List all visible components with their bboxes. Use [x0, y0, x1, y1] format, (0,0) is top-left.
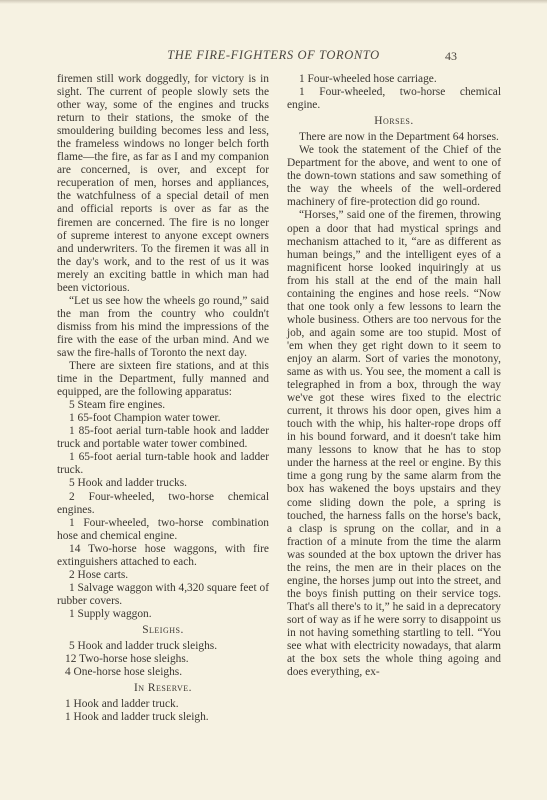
paragraph: We took the statement of the Chief of th… [287, 144, 501, 209]
apparatus-item: 1 Four-wheeled, two-horse chemical engin… [287, 86, 501, 112]
left-column: firemen still work doggedly, for victory… [57, 73, 269, 724]
apparatus-item: 5 Steam fire engines. [57, 399, 269, 412]
apparatus-item: 1 Supply waggon. [57, 608, 269, 621]
apparatus-item: 14 Two-horse hose waggons, with fire ext… [57, 543, 269, 569]
paragraph: firemen still work doggedly, for victory… [57, 73, 269, 295]
apparatus-item: 1 65-foot Champion water tower. [57, 412, 269, 425]
page-number: 43 [445, 49, 457, 64]
apparatus-item: 1 Four-wheeled hose carriage. [287, 73, 501, 86]
apparatus-item: 1 Salvage waggon with 4,320 square feet … [57, 582, 269, 608]
apparatus-item: 5 Hook and ladder trucks. [57, 477, 269, 490]
section-heading-sleighs: Sleighs. [57, 624, 269, 637]
running-head: THE FIRE-FIGHTERS OF TORONTO 43 [0, 48, 547, 66]
section-heading-reserve: In Reserve. [57, 682, 269, 695]
apparatus-item: 2 Hose carts. [57, 569, 269, 582]
sleigh-item: 5 Hook and ladder truck sleighs. [57, 640, 269, 653]
apparatus-item: 1 65-foot aerial turn-table hook and lad… [57, 451, 269, 477]
reserve-item: 1 Hook and ladder truck sleigh. [57, 711, 269, 724]
apparatus-item: 1 85-foot aerial turn-table hook and lad… [57, 425, 269, 451]
section-heading-horses: Horses. [287, 115, 501, 128]
sleigh-item: 12 Two-horse hose sleighs. [57, 653, 269, 666]
apparatus-item: 2 Four-wheeled, two-horse chemical engin… [57, 491, 269, 517]
paragraph: There are now in the Department 64 horse… [287, 131, 501, 144]
apparatus-item: 1 Four-wheeled, two-horse combination ho… [57, 517, 269, 543]
sleigh-item: 4 One-horse hose sleighs. [57, 666, 269, 679]
running-title: THE FIRE-FIGHTERS OF TORONTO [0, 48, 547, 63]
reserve-item: 1 Hook and ladder truck. [57, 698, 269, 711]
paragraph: “Horses,” said one of the firemen, throw… [287, 209, 501, 679]
paragraph: “Let us see how the wheels go round,” sa… [57, 295, 269, 360]
paragraph: There are sixteen fire stations, and at … [57, 360, 269, 399]
right-column: 1 Four-wheeled hose carriage. 1 Four-whe… [287, 73, 501, 679]
page-top-edge [0, 0, 547, 4]
